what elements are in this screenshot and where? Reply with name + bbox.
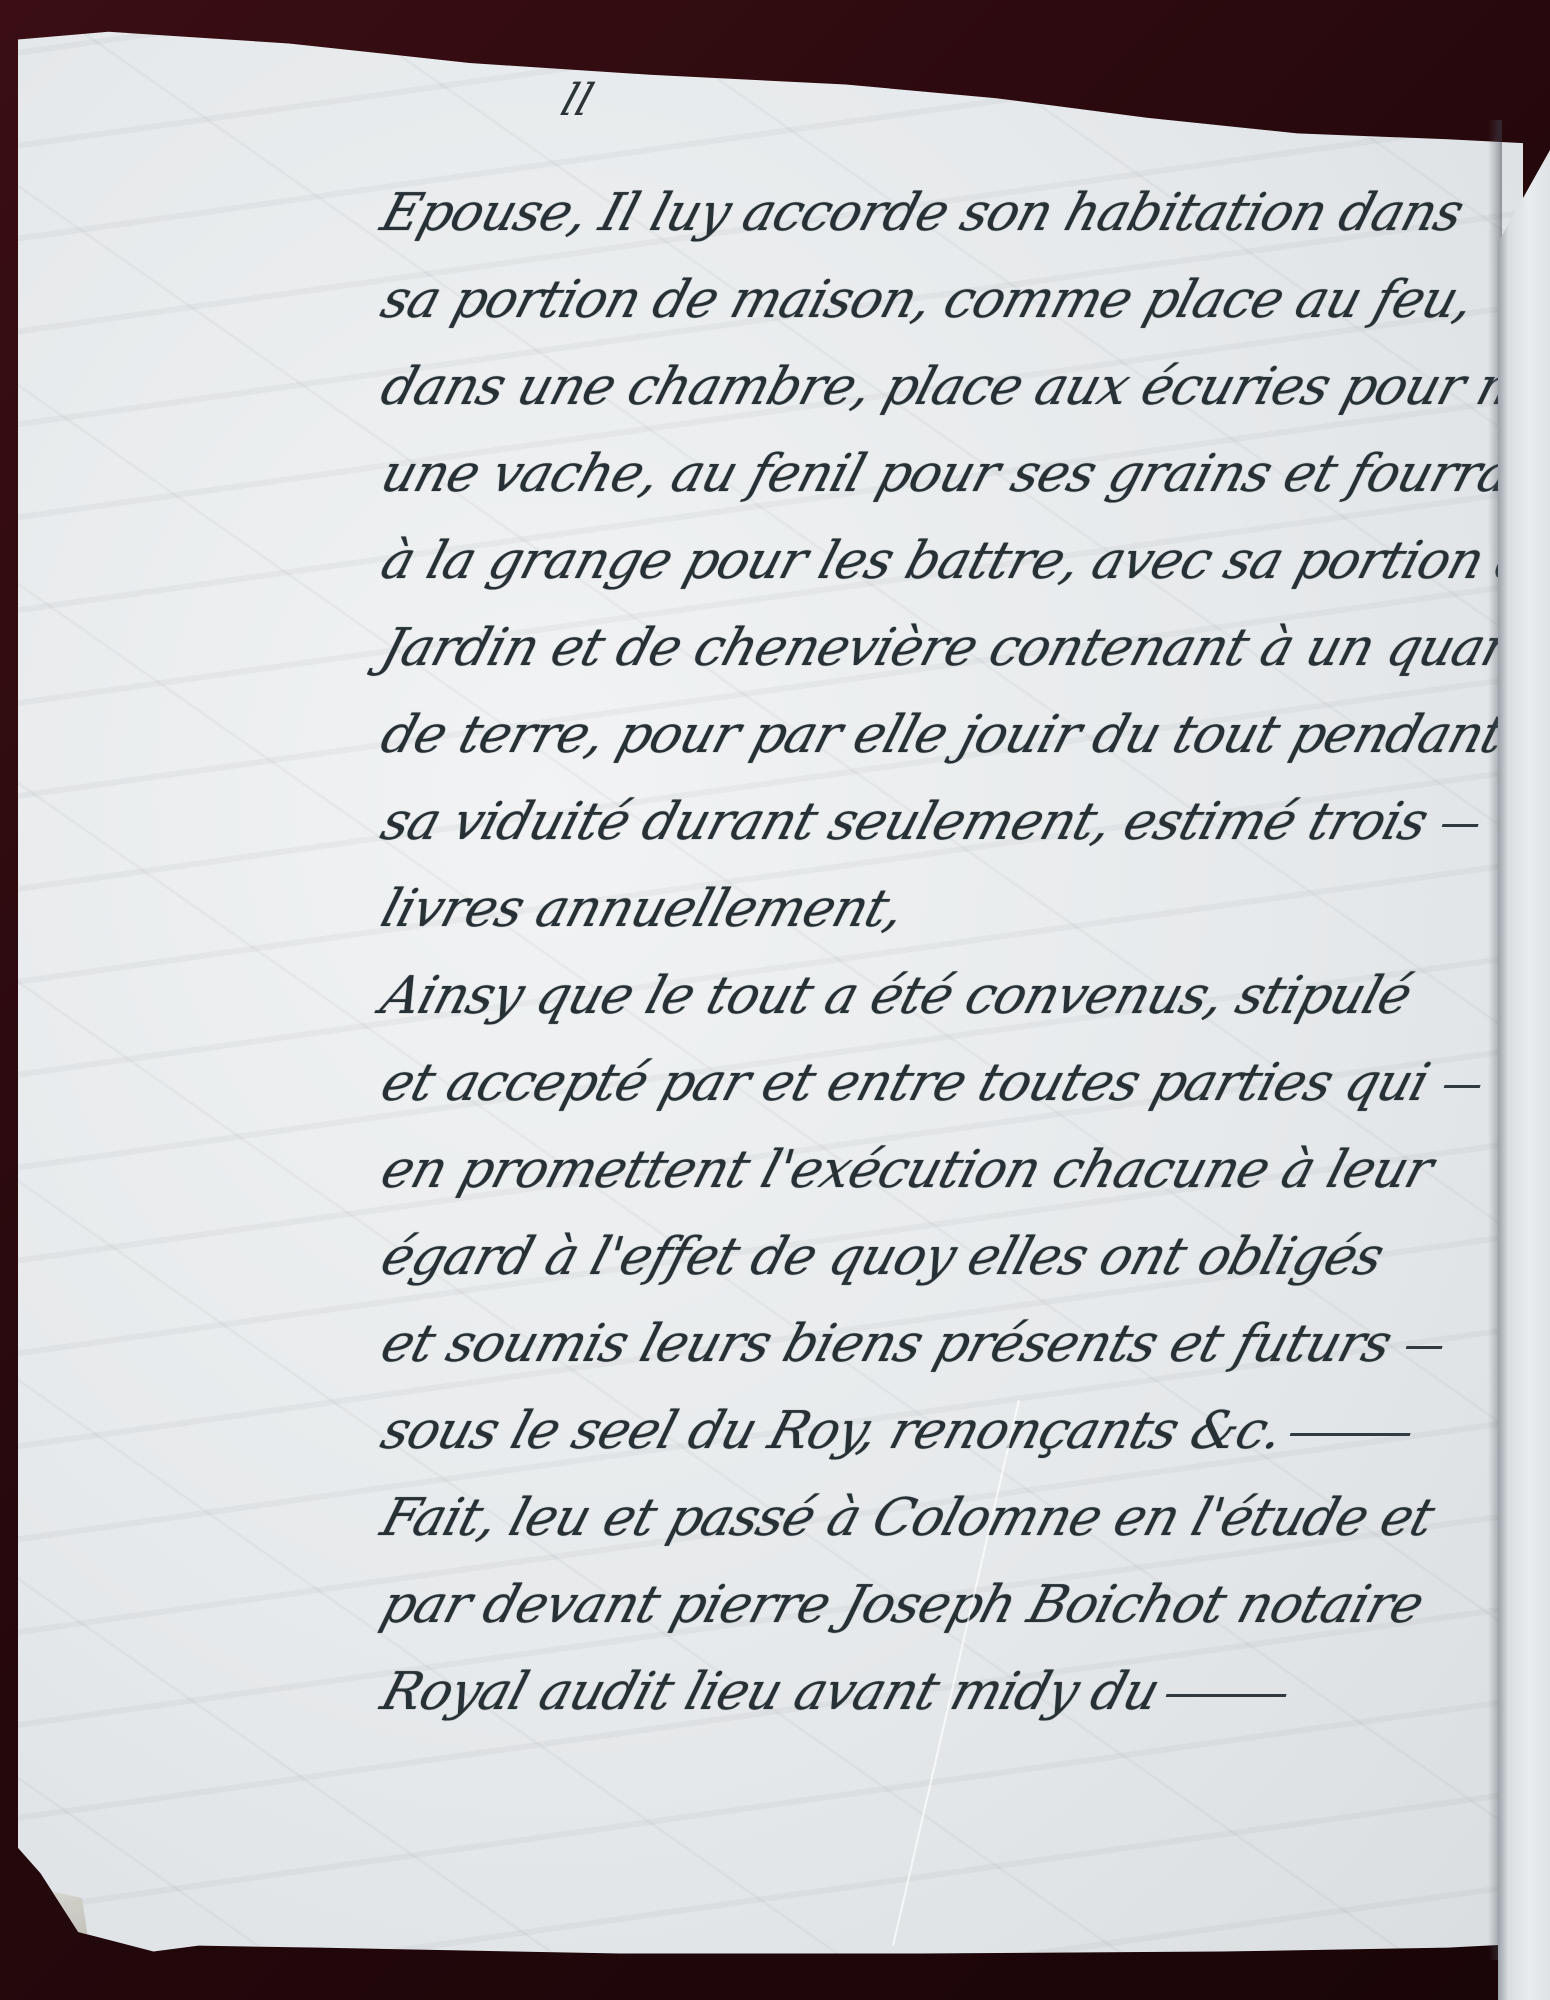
line-text: par devant pierre Joseph Boichot notaire: [375, 1575, 1430, 1635]
line-text: de terre, pour par elle jouir du tout pe…: [375, 705, 1511, 765]
text-line: sous le seel du Roy, renonçants &c.: [371, 1388, 1516, 1475]
line-text: Fait, leu et passé à Colomne en l'étude …: [375, 1488, 1441, 1548]
text-line: et soumis leurs biens présents et futurs: [371, 1301, 1516, 1388]
line-text: dans une chambre, place aux écuries pour…: [375, 357, 1550, 417]
line-filler-dash: [1166, 1694, 1287, 1697]
line-text: sous le seel du Roy, renonçants &c.: [375, 1401, 1290, 1461]
text-line: à la grange pour les battre, avec sa por…: [371, 518, 1516, 605]
text-line: sa viduité durant seulement, estimé troi…: [371, 779, 1516, 866]
manuscript-page: ll Epouse, Il luy accorde son habitation…: [18, 20, 1523, 1975]
next-page-edge: [1498, 150, 1550, 2000]
text-line: Fait, leu et passé à Colomne en l'étude …: [371, 1475, 1516, 1562]
text-line: sa portion de maison, comme place au feu…: [371, 257, 1516, 344]
text-line: de terre, pour par elle jouir du tout pe…: [371, 692, 1516, 779]
text-line: en promettent l'exécution chacune à leur: [371, 1127, 1516, 1214]
line-text: livres annuellement,: [375, 879, 911, 939]
text-line: par devant pierre Joseph Boichot notaire: [371, 1562, 1516, 1649]
line-text: et soumis leurs biens présents et futurs: [375, 1314, 1398, 1374]
text-line: dans une chambre, place aux écuries pour…: [371, 344, 1516, 431]
line-text: sa viduité durant seulement, estimé troi…: [375, 792, 1434, 852]
line-text: à la grange pour les battre, avec sa por…: [375, 531, 1550, 591]
text-line: et accepté par et entre toutes parties q…: [371, 1040, 1516, 1127]
line-filler-dash: [1406, 1346, 1443, 1349]
line-text: en promettent l'exécution chacune à leur: [375, 1140, 1440, 1200]
superscript-mark: ll: [555, 75, 600, 126]
text-line: Jardin et de chenevière contenant à un q…: [371, 605, 1516, 692]
line-filler-dash: [1442, 824, 1479, 827]
text-line: une vache, au fenil pour ses grains et f…: [371, 431, 1516, 518]
line-text: Jardin et de chenevière contenant à un q…: [375, 618, 1536, 678]
line-text: égard à l'effet de quoy elles ont obligé…: [375, 1227, 1390, 1287]
text-line: Ainsy que le tout a été convenus, stipul…: [371, 953, 1516, 1040]
line-text: Royal audit lieu avant midy du: [375, 1662, 1166, 1722]
text-line: livres annuellement,: [371, 866, 1516, 953]
line-filler-dash: [1290, 1433, 1411, 1436]
line-filler-dash: [1443, 1085, 1480, 1088]
line-text: une vache, au fenil pour ses grains et f…: [375, 444, 1550, 504]
text-line: égard à l'effet de quoy elles ont obligé…: [371, 1214, 1516, 1301]
photo-scene: ll Epouse, Il luy accorde son habitation…: [0, 0, 1550, 2000]
text-line: Epouse, Il luy accorde son habitation da…: [371, 170, 1516, 257]
line-text: et accepté par et entre toutes parties q…: [375, 1053, 1436, 1113]
line-text: sa portion de maison, comme place au feu…: [375, 270, 1481, 330]
handwritten-text-block: Epouse, Il luy accorde son habitation da…: [383, 170, 1503, 1736]
torn-corner: [40, 1890, 100, 1970]
line-text: Epouse, Il luy accorde son habitation da…: [375, 183, 1470, 243]
line-text: Ainsy que le tout a été convenus, stipul…: [375, 966, 1418, 1026]
